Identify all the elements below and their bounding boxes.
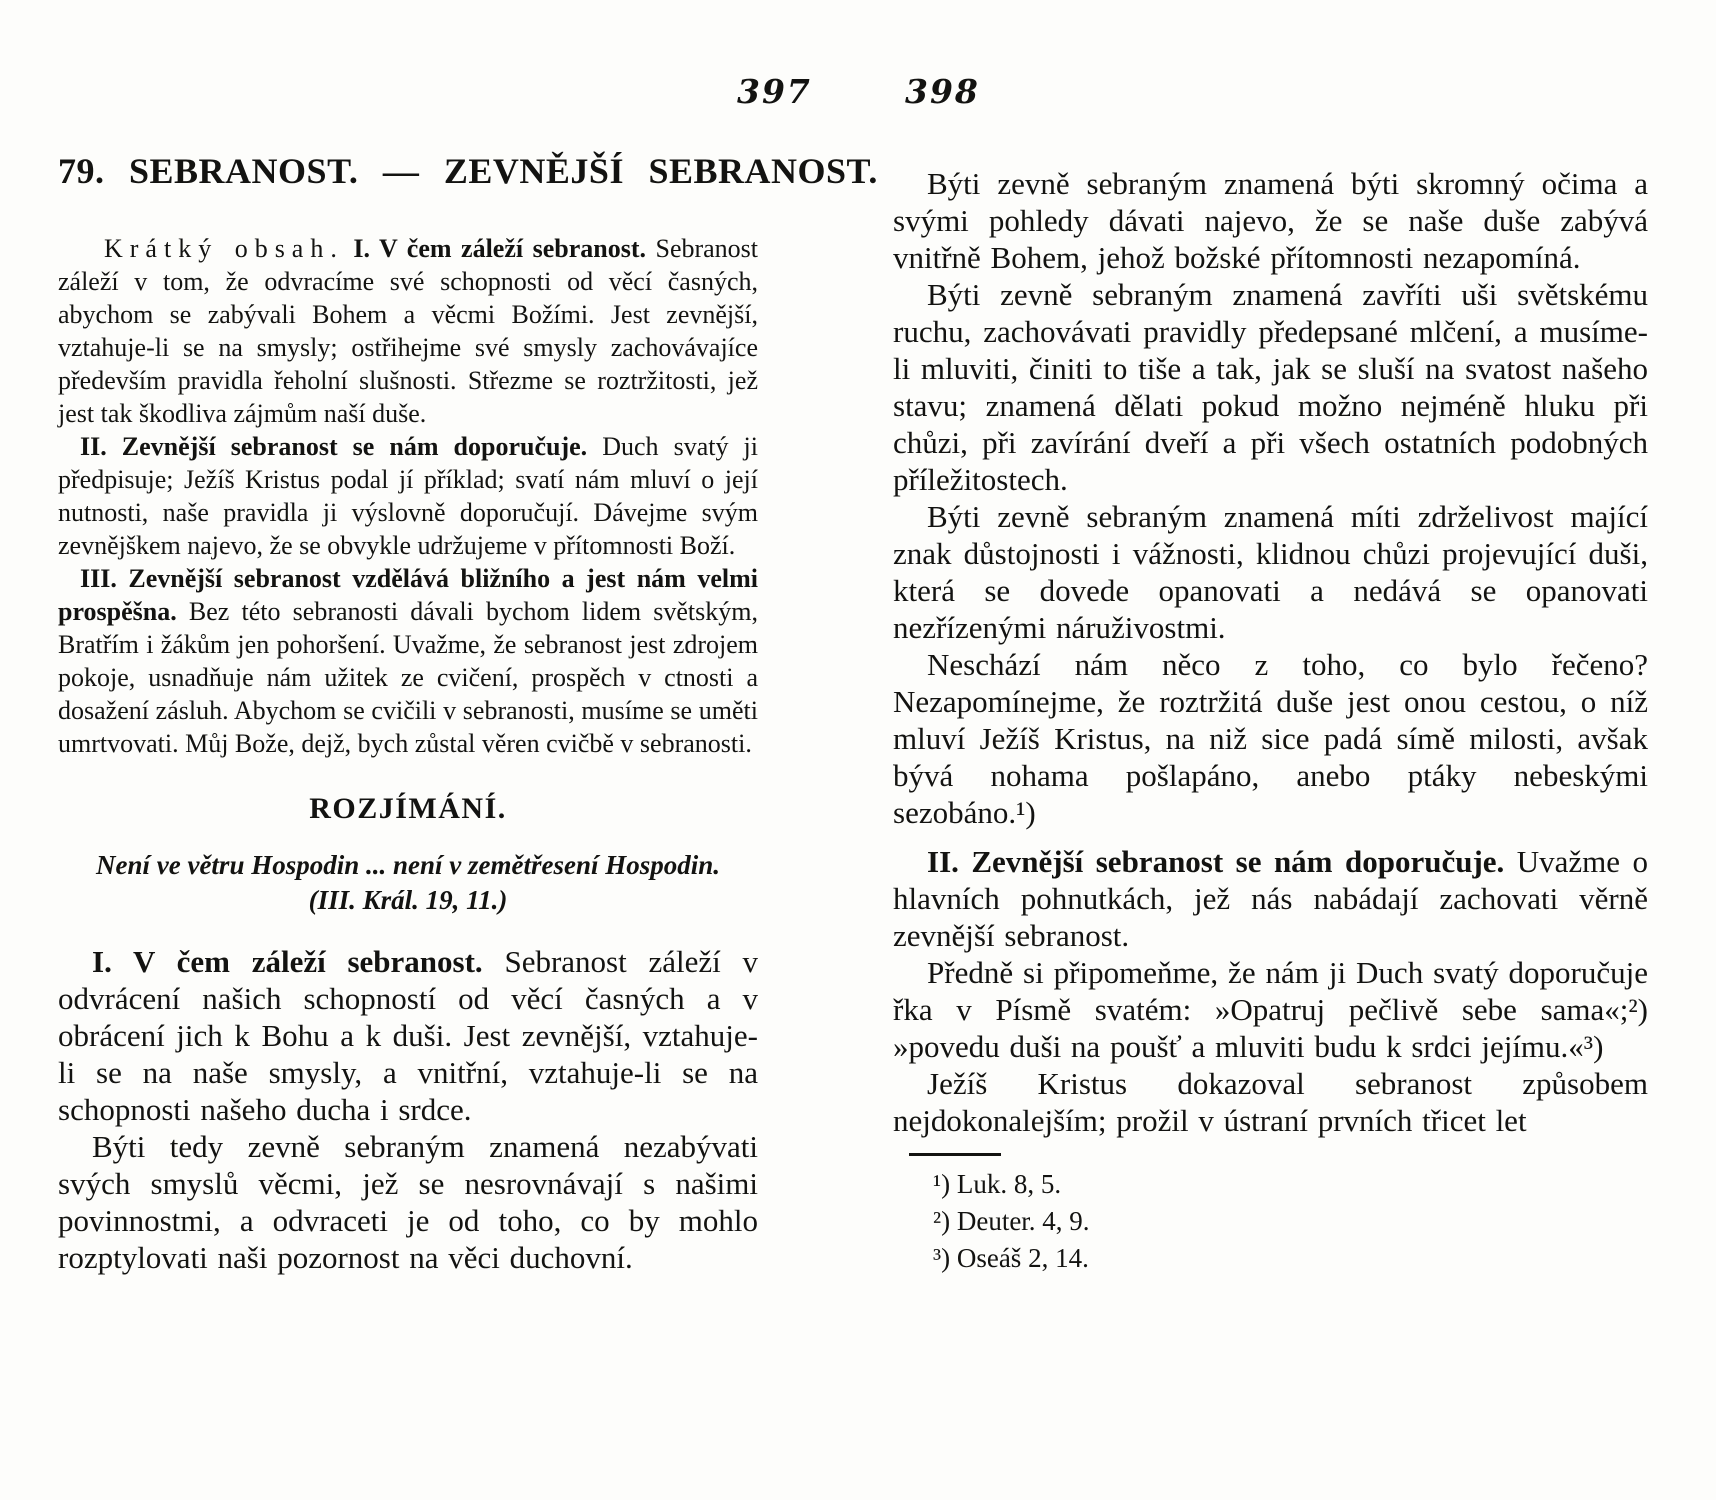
footnote-3: ³) Oseáš 2, 14. — [893, 1240, 1648, 1277]
summary-heading-1: I. V čem záleží sebranost. — [353, 234, 646, 263]
footnotes-block: ¹) Luk. 8, 5. ²) Deuter. 4, 9. ³) Oseáš … — [893, 1153, 1648, 1277]
chapter-title: 79. SEBRANOST. — ZEVNĚJŠÍ SEBRANOST. — [58, 150, 758, 192]
right-paragraph-7: Ježíš Kristus dokazoval sebranost způsob… — [893, 1065, 1648, 1139]
summary-heading-2: II. Zevnější sebranost se nám doporučuje… — [80, 432, 587, 461]
footnote-divider — [909, 1153, 1001, 1156]
page-number-left: 397 — [737, 72, 812, 111]
summary-block: Krátký obsah. I. V čem záleží sebranost.… — [58, 232, 758, 760]
summary-paragraph-3: III. Zevnější sebranost vzdělává bližníh… — [58, 562, 758, 760]
body-paragraph-1: I. V čem záleží sebranost. Sebranost zál… — [58, 943, 758, 1128]
left-body-text: I. V čem záleží sebranost. Sebranost zál… — [58, 943, 758, 1276]
summary-text-1: Sebranost záleží v tom, že odvracíme své… — [58, 234, 758, 428]
epigraph-block: Není ve větru Hospodin ... není v zemětř… — [58, 848, 758, 918]
scanned-book-spread: { "left_page": { "page_number": "397", "… — [0, 0, 1716, 1500]
right-paragraph-1: Býti zevně sebraným znamená býti skromný… — [893, 165, 1648, 276]
right-paragraph-3: Býti zevně sebraným znamená míti zdrželi… — [893, 498, 1648, 646]
summary-paragraph-1: Krátký obsah. I. V čem záleží sebranost.… — [58, 232, 758, 430]
page-number-right: 398 — [905, 72, 980, 111]
footnote-2: ²) Deuter. 4, 9. — [893, 1203, 1648, 1240]
right-paragraph-6: Předně si připomeňme, že nám ji Duch sva… — [893, 954, 1648, 1065]
summary-paragraph-2: II. Zevnější sebranost se nám doporučuje… — [58, 430, 758, 562]
right-paragraph-4: Neschází nám něco z toho, co bylo řečeno… — [893, 646, 1648, 831]
right-paragraph-5: II. Zevnější sebranost se nám doporučuje… — [893, 843, 1648, 954]
epigraph-verse: Není ve větru Hospodin ... není v zemětř… — [58, 848, 758, 883]
right-section-heading: II. Zevnější sebranost se nám doporučuje… — [927, 844, 1504, 879]
summary-lead-label: Krátký obsah. — [104, 234, 344, 263]
right-paragraph-2: Býti zevně sebraným znamená zavříti uši … — [893, 276, 1648, 498]
body-heading-1: I. V čem záleží sebranost. — [92, 944, 483, 979]
body-paragraph-2: Býti tedy zevně sebraným znamená nezabýv… — [58, 1128, 758, 1276]
left-page-column: 79. SEBRANOST. — ZEVNĚJŠÍ SEBRANOST. Krá… — [58, 150, 758, 1276]
right-page-column: Býti zevně sebraným znamená býti skromný… — [893, 165, 1648, 1277]
meditation-heading: ROZJÍMÁNÍ. — [58, 792, 758, 826]
footnote-1: ¹) Luk. 8, 5. — [893, 1166, 1648, 1203]
epigraph-citation: (III. Král. 19, 11.) — [58, 883, 758, 918]
